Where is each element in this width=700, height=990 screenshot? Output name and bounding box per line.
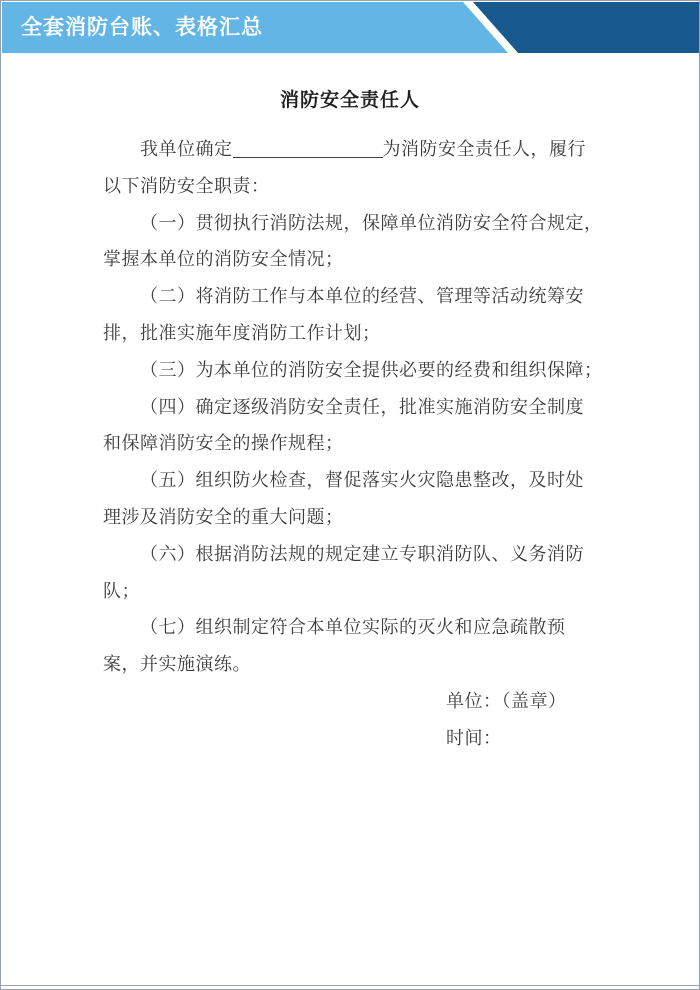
intro-post: 为消防安全责任人，履行 xyxy=(383,139,587,159)
document-line: （一）贯彻执行消防法规，保障单位消防安全符合规定， xyxy=(103,205,605,242)
document-line: （六）根据消防法规的规定建立专职消防队、义务消防 xyxy=(103,536,605,573)
document-line: 队； xyxy=(103,573,605,610)
document-line: （三）为本单位的消防安全提供必要的经费和组织保障； xyxy=(103,352,605,389)
document-line: 排，批准实施年度消防工作计划； xyxy=(103,315,605,352)
document-line: 和保障消防安全的操作规程； xyxy=(103,425,605,462)
page-bottom-edge xyxy=(1,985,699,986)
document-line: 以下消防安全职责： xyxy=(103,168,605,205)
document-line: 理涉及消防安全的重大问题； xyxy=(103,499,605,536)
page: 全套消防台账、表格汇总 消防安全责任人 我单位确定为消防安全责任人，履行 以下消… xyxy=(0,0,700,990)
document-line: （二）将消防工作与本单位的经营、管理等活动统筹安 xyxy=(103,278,605,315)
intro-line: 我单位确定为消防安全责任人，履行 xyxy=(103,131,605,168)
signature-unit: 单位：（盖章） xyxy=(103,683,605,720)
banner-accent-shape xyxy=(473,2,700,53)
document-line: 案，并实施演练。 xyxy=(103,646,605,683)
banner-title: 全套消防台账、表格汇总 xyxy=(21,2,263,53)
document-line: 掌握本单位的消防安全情况； xyxy=(103,241,605,278)
banner: 全套消防台账、表格汇总 xyxy=(1,1,699,53)
blank-underline xyxy=(233,139,383,158)
document-line: （四）确定逐级消防安全责任，批准实施消防安全制度 xyxy=(103,389,605,426)
doc-title: 消防安全责任人 xyxy=(1,85,699,112)
document-body: 我单位确定为消防安全责任人，履行 以下消防安全职责： （一）贯彻执行消防法规，保… xyxy=(103,131,605,757)
document-line: （五）组织防火检查，督促落实火灾隐患整改，及时处 xyxy=(103,462,605,499)
intro-pre: 我单位确定 xyxy=(140,139,233,159)
document-line: （七）组织制定符合本单位实际的灭火和应急疏散预 xyxy=(103,609,605,646)
signature-time: 时间： xyxy=(103,720,605,757)
